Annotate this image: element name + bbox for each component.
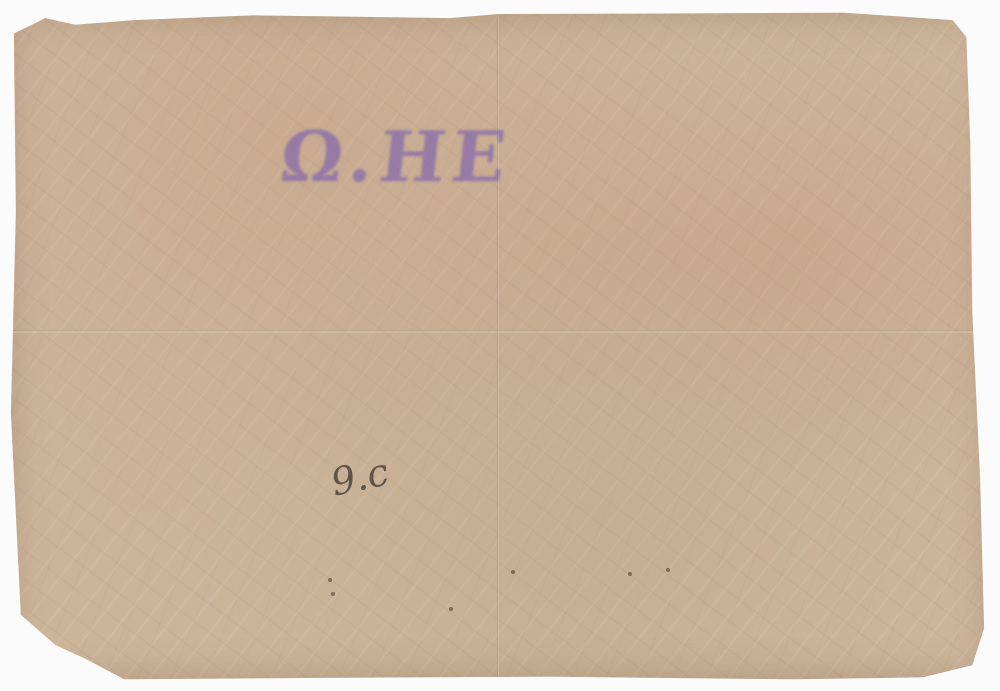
vertical-fold-line [497, 10, 500, 682]
paper-sheet: Ω.НЕ 9.c [6, 10, 992, 682]
horizontal-fold-line [6, 330, 992, 334]
handwritten-note: 9.c [327, 449, 392, 504]
ink-speck [511, 570, 515, 574]
ink-speck [666, 568, 670, 572]
ink-speck [628, 572, 632, 576]
ink-speck [328, 578, 332, 582]
purple-ink-stamp: Ω.НЕ [277, 115, 516, 198]
ink-speck [331, 592, 335, 596]
ink-speck [449, 607, 453, 611]
